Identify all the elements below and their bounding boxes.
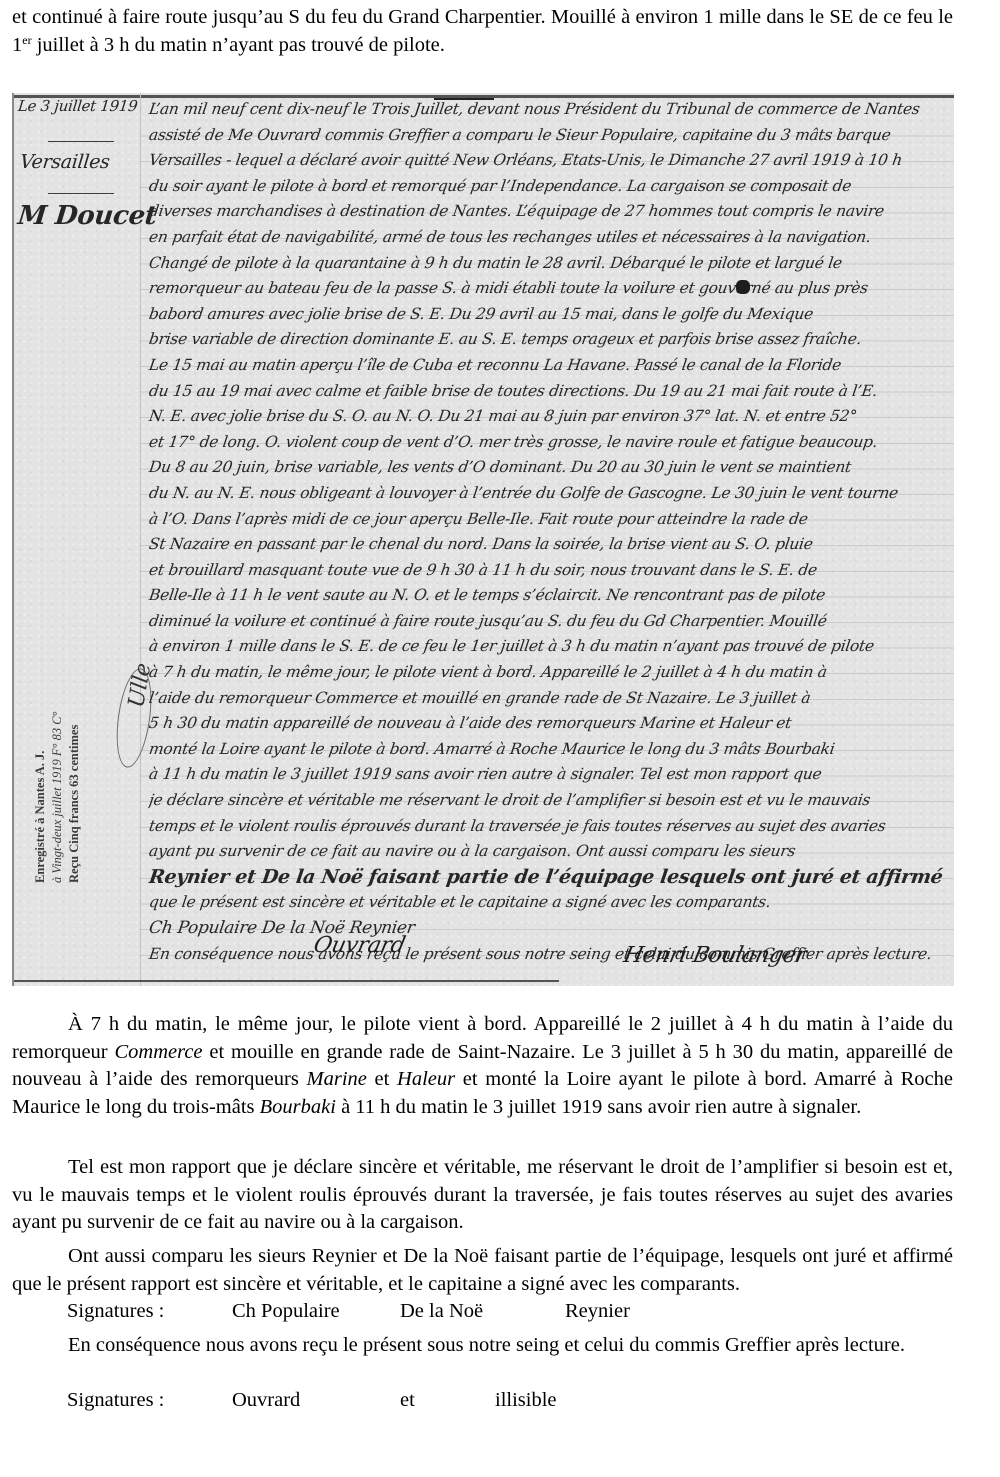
hand-line: Changé de pilote à la quarantaine à 9 h …	[147, 251, 951, 277]
hand-line: diverses marchandises à destination de N…	[147, 199, 951, 225]
hand-line: et brouillard masquant toute vue de 9 h …	[147, 558, 951, 584]
signature-conjunction: et	[400, 1386, 415, 1414]
hand-line: je déclare sincère et véritable me réser…	[147, 788, 951, 814]
scan-bottom-rule	[14, 980, 559, 982]
superscript-er: er	[22, 33, 31, 47]
margin-name: M Doucet	[16, 201, 158, 231]
paragraph-consequence: En conséquence nous avons reçu le présen…	[12, 1332, 953, 1360]
intro-text-2: juillet à 3 h du matin n’ayant pas trouv…	[32, 34, 445, 56]
hand-line: l’aide du remorqueur Commerce et mouillé…	[147, 686, 951, 712]
hand-line: du N. au N. E. nous obligeant à louvoyer…	[147, 481, 951, 507]
manuscript-scan-image: Le 3 juillet 1919 Versailles M Doucet En…	[12, 93, 954, 986]
stamp-line-3: Reçu Cinq francs 63 centimes	[67, 725, 81, 883]
signature-name: De la Noë	[400, 1297, 483, 1325]
signature-name: Ouvrard	[232, 1386, 300, 1414]
hand-line: L’an mil neuf cent dix-neuf le Trois Jui…	[147, 97, 951, 123]
hand-line: Le 15 mai au matin aperçu l’île de Cuba …	[147, 353, 951, 379]
hand-line: en parfait état de navigabilité, armé de…	[147, 225, 951, 251]
hand-line: babord amures avec jolie brise de S. E. …	[147, 302, 951, 328]
hand-line: à 11 h du matin le 3 juillet 1919 sans a…	[147, 762, 951, 788]
stamp-line-2: à Vingt-deux juillet 1919 F° 83 C°	[49, 711, 66, 883]
signatures-label: Signatures :	[67, 1386, 164, 1414]
signatures-row-2: Signatures : Ouvrard et illisible	[0, 1386, 1000, 1414]
hand-line: ayant pu survenir de ce fait au navire o…	[147, 839, 951, 865]
hand-line: temps et le violent roulis éprouvés dura…	[147, 814, 951, 840]
hand-line: monté la Loire ayant le pilote à bord. A…	[147, 737, 951, 763]
hand-line: remorqueur au bateau feu de la passe S. …	[147, 276, 951, 302]
hand-line: Du 8 au 20 juin, brise variable, les ven…	[147, 455, 951, 481]
hand-line: que le présent est sincère et véritable …	[147, 890, 951, 916]
stamp-line-1: Enregistré à Nantes A. J.	[33, 751, 47, 883]
hand-line: diminué la voilure et continué à faire r…	[147, 609, 951, 635]
signature-president: Henri Boulanger	[621, 943, 808, 968]
hand-line: Belle-Ile à 11 h le vent saute au N. O. …	[147, 583, 951, 609]
hand-line: 5 h 30 du matin appareillé de nouveau à …	[147, 711, 951, 737]
ship-name-bourbaki: Bourbaki	[260, 1096, 336, 1118]
signature-ouvrard: Ouvrard	[311, 933, 407, 958]
paragraph-witnesses: Ont aussi comparu les sieurs Reynier et …	[12, 1243, 953, 1298]
hand-line: Versailles - lequel a déclaré avoir quit…	[147, 148, 951, 174]
intro-paragraph: et continué à faire route jusqu’au S du …	[12, 4, 953, 59]
margin-date: Le 3 juillet 1919	[17, 97, 138, 115]
hand-line: brise variable de direction dominante E.…	[147, 327, 951, 353]
hand-line: assisté de Me Ouvrard commis Greffier a …	[147, 123, 951, 149]
hand-line: à l’O. Dans l’après midi de ce jour aper…	[147, 507, 951, 533]
signature-name: illisible	[495, 1386, 557, 1414]
strikethrough-mark	[434, 98, 494, 100]
ship-name-haleur: Haleur	[397, 1068, 455, 1090]
hand-line: à 7 h du matin, le même jour, le pilote …	[147, 660, 951, 686]
text-span: à 11 h du matin le 3 juillet 1919 sans a…	[336, 1096, 861, 1118]
signature-name: Ch Populaire	[232, 1297, 340, 1325]
text-span: et	[367, 1068, 397, 1090]
signatures-row-1: Signatures : Ch Populaire De la Noë Reyn…	[0, 1297, 1000, 1325]
registration-stamp: Enregistré à Nantes A. J. à Vingt-deux j…	[32, 711, 83, 883]
hand-line: du soir ayant le pilote à bord et remorq…	[147, 174, 951, 200]
margin-rule-1	[48, 141, 114, 142]
hand-line: Reynier et De la Noë faisant partie de l…	[147, 865, 951, 891]
margin-rule-2	[48, 193, 114, 194]
hand-line: et 17° de long. O. violent coup de vent …	[147, 430, 951, 456]
ink-blot	[736, 280, 750, 294]
paragraph-report: Tel est mon rapport que je déclare sincè…	[12, 1154, 953, 1237]
hand-line: à environ 1 mille dans le S. E. de ce fe…	[147, 634, 951, 660]
hand-line: En conséquence nous avons reçu le présen…	[147, 942, 951, 968]
handwritten-body: L’an mil neuf cent dix-neuf le Trois Jui…	[149, 97, 949, 967]
signature-name: Reynier	[565, 1297, 630, 1325]
ship-name-commerce: Commerce	[114, 1041, 202, 1063]
margin-ship-name: Versailles	[19, 151, 111, 173]
paragraph-arrival: À 7 h du matin, le même jour, le pilote …	[12, 1011, 953, 1121]
signatures-label: Signatures :	[67, 1297, 164, 1325]
hand-line: Ch Populaire De la Noë Reynier	[147, 916, 951, 942]
ship-name-marine: Marine	[307, 1068, 367, 1090]
hand-line: St Nazaire en passant par le chenal du n…	[147, 532, 951, 558]
hand-line: N. E. avec jolie brise du S. O. au N. O.…	[147, 404, 951, 430]
hand-line: du 15 au 19 mai avec calme et faible bri…	[147, 379, 951, 405]
